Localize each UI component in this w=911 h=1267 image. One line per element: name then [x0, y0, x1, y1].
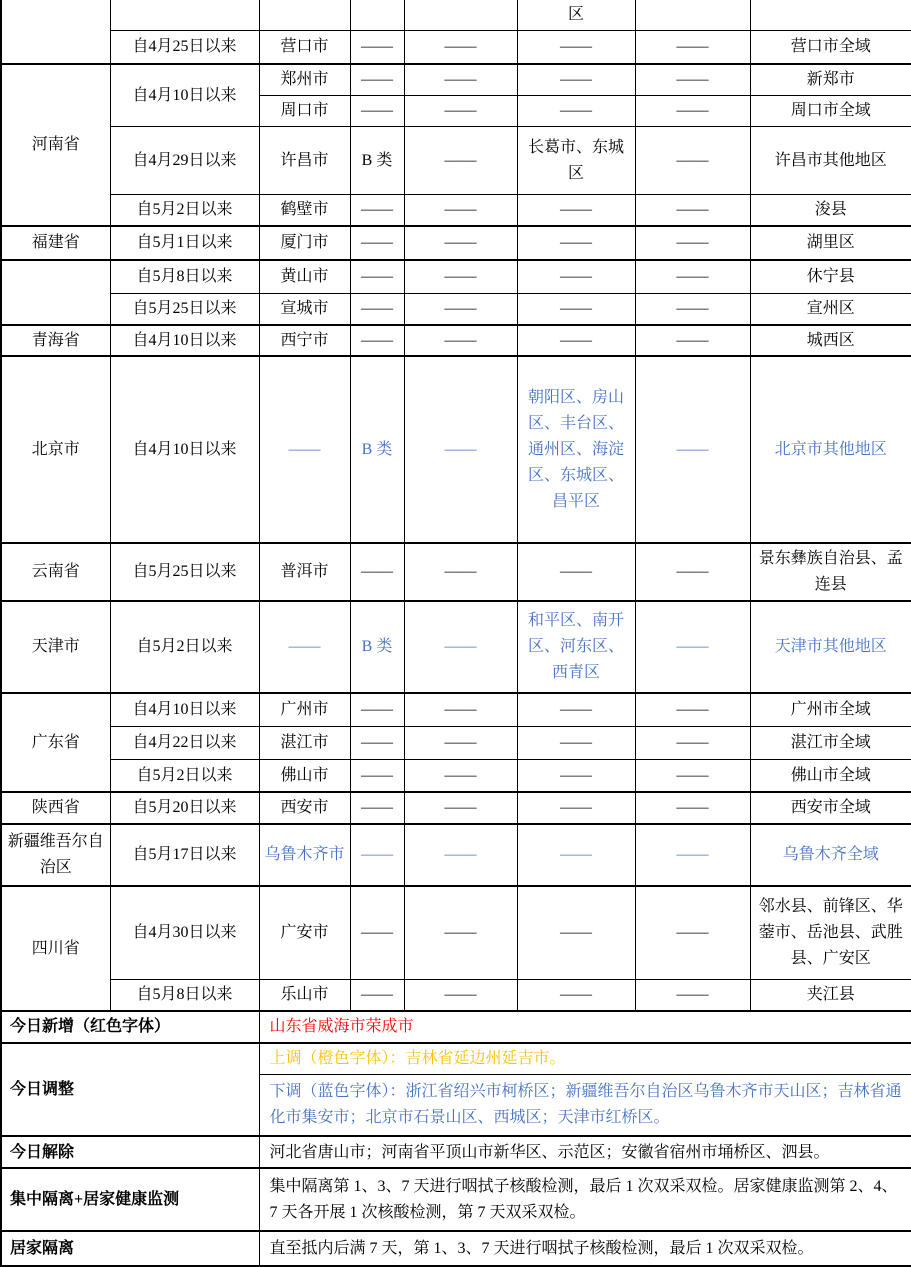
dash-cell: ——	[350, 195, 404, 226]
region-cell: 周口市全域	[750, 96, 911, 127]
city-cell: 广安市	[259, 886, 350, 979]
dash-cell: ——	[517, 64, 635, 95]
dash-cell: ——	[404, 792, 517, 824]
footer-adjust-label: 今日调整	[1, 1043, 259, 1136]
dash-cell: ——	[517, 824, 635, 886]
dash-cell: ——	[517, 543, 635, 601]
dash-cell: ——	[517, 30, 635, 64]
dash-cell: ——	[350, 759, 404, 792]
dash-cell: ——	[404, 325, 517, 357]
dash-cell: ——	[350, 886, 404, 979]
district-cell: 区	[517, 0, 635, 30]
city-cell	[259, 0, 350, 30]
dash-cell: ——	[404, 693, 517, 726]
region-cell: 邻水县、前锋区、华蓥市、岳池县、武胜县、广安区	[750, 886, 911, 979]
policy-table: 区 自4月25日以来 营口市 —— —— —— —— 营口市全域 河南省 自4月…	[0, 0, 911, 1267]
region-cell: 佛山市全域	[750, 759, 911, 792]
region-cell: 湛江市全域	[750, 726, 911, 759]
dash-cell: ——	[350, 260, 404, 293]
dash-cell: ——	[404, 195, 517, 226]
region-cell: 景东彝族自治县、孟连县	[750, 543, 911, 601]
dash-cell: ——	[404, 293, 517, 324]
region-cell: 宣州区	[750, 293, 911, 324]
dash-cell: ——	[635, 792, 750, 824]
dash-cell: ——	[350, 64, 404, 95]
dash-cell: ——	[517, 726, 635, 759]
region-cell: 营口市全域	[750, 30, 911, 64]
dash-cell: ——	[350, 30, 404, 64]
dash-cell: ——	[635, 260, 750, 293]
since-date-cell: 自4月10日以来	[110, 356, 259, 543]
dash-cell: ——	[404, 601, 517, 693]
risk-class-cell: B 类	[350, 356, 404, 543]
dash-cell: ——	[350, 726, 404, 759]
dash-cell: ——	[517, 979, 635, 1011]
risk-class-cell	[350, 0, 404, 30]
dash-cell: ——	[350, 96, 404, 127]
footer-central-quarantine-value: 集中隔离第 1、3、7 天进行咽拭子核酸检测，最后 1 次双采双检。居家健康监测…	[259, 1168, 911, 1231]
footer-new-today-value: 山东省威海市荣成市	[259, 1011, 911, 1043]
table-row: 自5月8日以来 黄山市 —— —— —— —— 休宁县	[1, 260, 911, 293]
dash-cell: ——	[635, 726, 750, 759]
since-date-cell: 自5月2日以来	[110, 759, 259, 792]
region-cell: 许昌市其他地区	[750, 127, 911, 195]
risk-class-cell: B 类	[350, 601, 404, 693]
dash-cell: ——	[404, 726, 517, 759]
table-row: 青海省 自4月10日以来 西宁市 —— —— —— —— 城西区	[1, 325, 911, 357]
province-cell: 天津市	[1, 601, 110, 693]
risk-class-cell: B 类	[350, 127, 404, 195]
table-row: 新疆维吾尔自治区 自5月17日以来 乌鲁木齐市 —— —— —— —— 乌鲁木齐…	[1, 824, 911, 886]
city-cell: 厦门市	[259, 226, 350, 260]
footer-new-today-label: 今日新增（红色字体）	[1, 1011, 259, 1043]
region-cell: 浚县	[750, 195, 911, 226]
since-date-cell: 自4月10日以来	[110, 64, 259, 126]
province-cell	[1, 0, 110, 64]
covid-travel-policy-table-page: 区 自4月25日以来 营口市 —— —— —— —— 营口市全域 河南省 自4月…	[0, 0, 911, 1267]
table-row: 区	[1, 0, 911, 30]
city-cell: ——	[259, 356, 350, 543]
province-cell: 福建省	[1, 226, 110, 260]
dash-cell: ——	[404, 30, 517, 64]
city-cell: 黄山市	[259, 260, 350, 293]
footer-lift-value: 河北省唐山市；河南省平顶山市新华区、示范区；安徽省宿州市埇桥区、泗县。	[259, 1136, 911, 1168]
dash-cell: ——	[350, 824, 404, 886]
table-row: 自4月22日以来 湛江市 —— —— —— —— 湛江市全域	[1, 726, 911, 759]
since-date-cell: 自4月29日以来	[110, 127, 259, 195]
region-cell: 休宁县	[750, 260, 911, 293]
city-cell: 乐山市	[259, 979, 350, 1011]
dash-cell: ——	[350, 325, 404, 357]
dash-cell: ——	[635, 693, 750, 726]
since-date-cell: 自5月8日以来	[110, 979, 259, 1011]
dash-cell: ——	[350, 979, 404, 1011]
table-row: 今日调整 上调（橙色字体）：吉林省延边州延吉市。	[1, 1043, 911, 1074]
since-date-cell: 自4月25日以来	[110, 30, 259, 64]
table-row: 云南省 自5月25日以来 普洱市 —— —— —— —— 景东彝族自治县、孟连县	[1, 543, 911, 601]
dash-cell: ——	[635, 96, 750, 127]
dash-cell	[635, 0, 750, 30]
dash-cell: ——	[635, 293, 750, 324]
city-cell: 西安市	[259, 792, 350, 824]
table-row: 四川省 自4月30日以来 广安市 —— —— —— —— 邻水县、前锋区、华蓥市…	[1, 886, 911, 979]
region-cell: 西安市全域	[750, 792, 911, 824]
dash-cell: ——	[635, 127, 750, 195]
dash-cell: ——	[350, 543, 404, 601]
province-cell: 四川省	[1, 886, 110, 1011]
district-cell: 长葛市、东城区	[517, 127, 635, 195]
province-cell: 新疆维吾尔自治区	[1, 824, 110, 886]
table-row: 福建省 自5月1日以来 厦门市 —— —— —— —— 湖里区	[1, 226, 911, 260]
since-date-cell: 自4月10日以来	[110, 693, 259, 726]
city-cell: 郑州市	[259, 64, 350, 95]
province-cell	[1, 260, 110, 324]
province-cell: 云南省	[1, 543, 110, 601]
since-date-cell: 自5月1日以来	[110, 226, 259, 260]
province-cell: 北京市	[1, 356, 110, 543]
since-date-cell: 自5月2日以来	[110, 195, 259, 226]
city-cell: 营口市	[259, 30, 350, 64]
since-date-cell: 自5月2日以来	[110, 601, 259, 693]
dash-cell: ——	[635, 543, 750, 601]
dash-cell: ——	[404, 260, 517, 293]
dash-cell: ——	[517, 325, 635, 357]
dash-cell: ——	[635, 325, 750, 357]
dash-cell: ——	[404, 543, 517, 601]
dash-cell: ——	[404, 824, 517, 886]
footer-adjust-down-value: 下调（蓝色字体）：浙江省绍兴市柯桥区；新疆维吾尔自治区乌鲁木齐市天山区；吉林省通…	[259, 1074, 911, 1136]
dash-cell: ——	[517, 886, 635, 979]
table-row: 自5月2日以来 佛山市 —— —— —— —— 佛山市全域	[1, 759, 911, 792]
since-date-cell: 自5月20日以来	[110, 792, 259, 824]
dash-cell: ——	[635, 226, 750, 260]
city-cell: 西宁市	[259, 325, 350, 357]
footer-lift-label: 今日解除	[1, 1136, 259, 1168]
city-cell: 宣城市	[259, 293, 350, 324]
dash-cell: ——	[404, 226, 517, 260]
since-date-cell	[110, 0, 259, 30]
footer-central-quarantine-label: 集中隔离+居家健康监测	[1, 1168, 259, 1231]
table-row: 陕西省 自5月20日以来 西安市 —— —— —— —— 西安市全域	[1, 792, 911, 824]
footer-home-quarantine-label: 居家隔离	[1, 1231, 259, 1266]
city-cell: 普洱市	[259, 543, 350, 601]
dash-cell: ——	[350, 693, 404, 726]
dash-cell: ——	[350, 293, 404, 324]
since-date-cell: 自4月30日以来	[110, 886, 259, 979]
region-cell: 乌鲁木齐全域	[750, 824, 911, 886]
table-row: 自5月25日以来 宣城市 —— —— —— —— 宣州区	[1, 293, 911, 324]
dash-cell: ——	[635, 195, 750, 226]
dash-cell: ——	[635, 30, 750, 64]
since-date-cell: 自5月25日以来	[110, 543, 259, 601]
region-cell: 新郑市	[750, 64, 911, 95]
district-cell: 朝阳区、房山区、丰台区、通州区、海淀区、东城区、昌平区	[517, 356, 635, 543]
dash-cell: ——	[404, 356, 517, 543]
dash-cell: ——	[635, 64, 750, 95]
province-cell: 河南省	[1, 64, 110, 226]
dash-cell: ——	[517, 792, 635, 824]
table-row: 广东省 自4月10日以来 广州市 —— —— —— —— 广州市全域	[1, 693, 911, 726]
region-cell: 夹江县	[750, 979, 911, 1011]
dash-cell: ——	[635, 886, 750, 979]
dash-cell	[404, 0, 517, 30]
dash-cell: ——	[517, 693, 635, 726]
table-row: 自5月2日以来 鹤壁市 —— —— —— —— 浚县	[1, 195, 911, 226]
table-row: 居家隔离 直至抵内后满 7 天，第 1、3、7 天进行咽拭子核酸检测，最后 1 …	[1, 1231, 911, 1266]
province-cell: 广东省	[1, 693, 110, 792]
region-cell: 湖里区	[750, 226, 911, 260]
city-cell: 湛江市	[259, 726, 350, 759]
dash-cell: ——	[404, 96, 517, 127]
table-row: 河南省 自4月10日以来 郑州市 —— —— —— —— 新郑市	[1, 64, 911, 95]
city-cell: 许昌市	[259, 127, 350, 195]
region-cell: 城西区	[750, 325, 911, 357]
city-cell: 周口市	[259, 96, 350, 127]
dash-cell: ——	[404, 886, 517, 979]
table-row: 自5月8日以来 乐山市 —— —— —— —— 夹江县	[1, 979, 911, 1011]
table-row: 自4月25日以来 营口市 —— —— —— —— 营口市全域	[1, 30, 911, 64]
city-cell: 鹤壁市	[259, 195, 350, 226]
dash-cell: ——	[350, 226, 404, 260]
table-row: 集中隔离+居家健康监测 集中隔离第 1、3、7 天进行咽拭子核酸检测，最后 1 …	[1, 1168, 911, 1231]
dash-cell: ——	[404, 759, 517, 792]
dash-cell: ——	[517, 195, 635, 226]
footer-home-quarantine-value: 直至抵内后满 7 天，第 1、3、7 天进行咽拭子核酸检测，最后 1 次双采双检…	[259, 1231, 911, 1266]
since-date-cell: 自5月17日以来	[110, 824, 259, 886]
region-cell: 天津市其他地区	[750, 601, 911, 693]
city-cell: 广州市	[259, 693, 350, 726]
table-row: 北京市 自4月10日以来 —— B 类 —— 朝阳区、房山区、丰台区、通州区、海…	[1, 356, 911, 543]
since-date-cell: 自5月25日以来	[110, 293, 259, 324]
dash-cell: ——	[404, 979, 517, 1011]
district-cell: 和平区、南开区、河东区、西青区	[517, 601, 635, 693]
dash-cell: ——	[517, 226, 635, 260]
province-cell: 陕西省	[1, 792, 110, 824]
since-date-cell: 自5月8日以来	[110, 260, 259, 293]
table-row: 自4月29日以来 许昌市 B 类 —— 长葛市、东城区 —— 许昌市其他地区	[1, 127, 911, 195]
province-cell: 青海省	[1, 325, 110, 357]
region-cell	[750, 0, 911, 30]
footer-adjust-up-value: 上调（橙色字体）：吉林省延边州延吉市。	[259, 1043, 911, 1074]
dash-cell: ——	[635, 979, 750, 1011]
table-row: 天津市 自5月2日以来 —— B 类 —— 和平区、南开区、河东区、西青区 ——…	[1, 601, 911, 693]
dash-cell: ——	[517, 96, 635, 127]
dash-cell: ——	[517, 759, 635, 792]
city-cell: 乌鲁木齐市	[259, 824, 350, 886]
dash-cell: ——	[635, 601, 750, 693]
dash-cell: ——	[635, 759, 750, 792]
dash-cell: ——	[517, 260, 635, 293]
since-date-cell: 自4月10日以来	[110, 325, 259, 357]
city-cell: ——	[259, 601, 350, 693]
city-cell: 佛山市	[259, 759, 350, 792]
dash-cell: ——	[635, 824, 750, 886]
since-date-cell: 自4月22日以来	[110, 726, 259, 759]
table-row: 今日解除 河北省唐山市；河南省平顶山市新华区、示范区；安徽省宿州市埇桥区、泗县。	[1, 1136, 911, 1168]
region-cell: 广州市全域	[750, 693, 911, 726]
table-row: 今日新增（红色字体） 山东省威海市荣成市	[1, 1011, 911, 1043]
dash-cell: ——	[404, 127, 517, 195]
dash-cell: ——	[517, 293, 635, 324]
dash-cell: ——	[350, 792, 404, 824]
dash-cell: ——	[404, 64, 517, 95]
dash-cell: ——	[635, 356, 750, 543]
region-cell: 北京市其他地区	[750, 356, 911, 543]
